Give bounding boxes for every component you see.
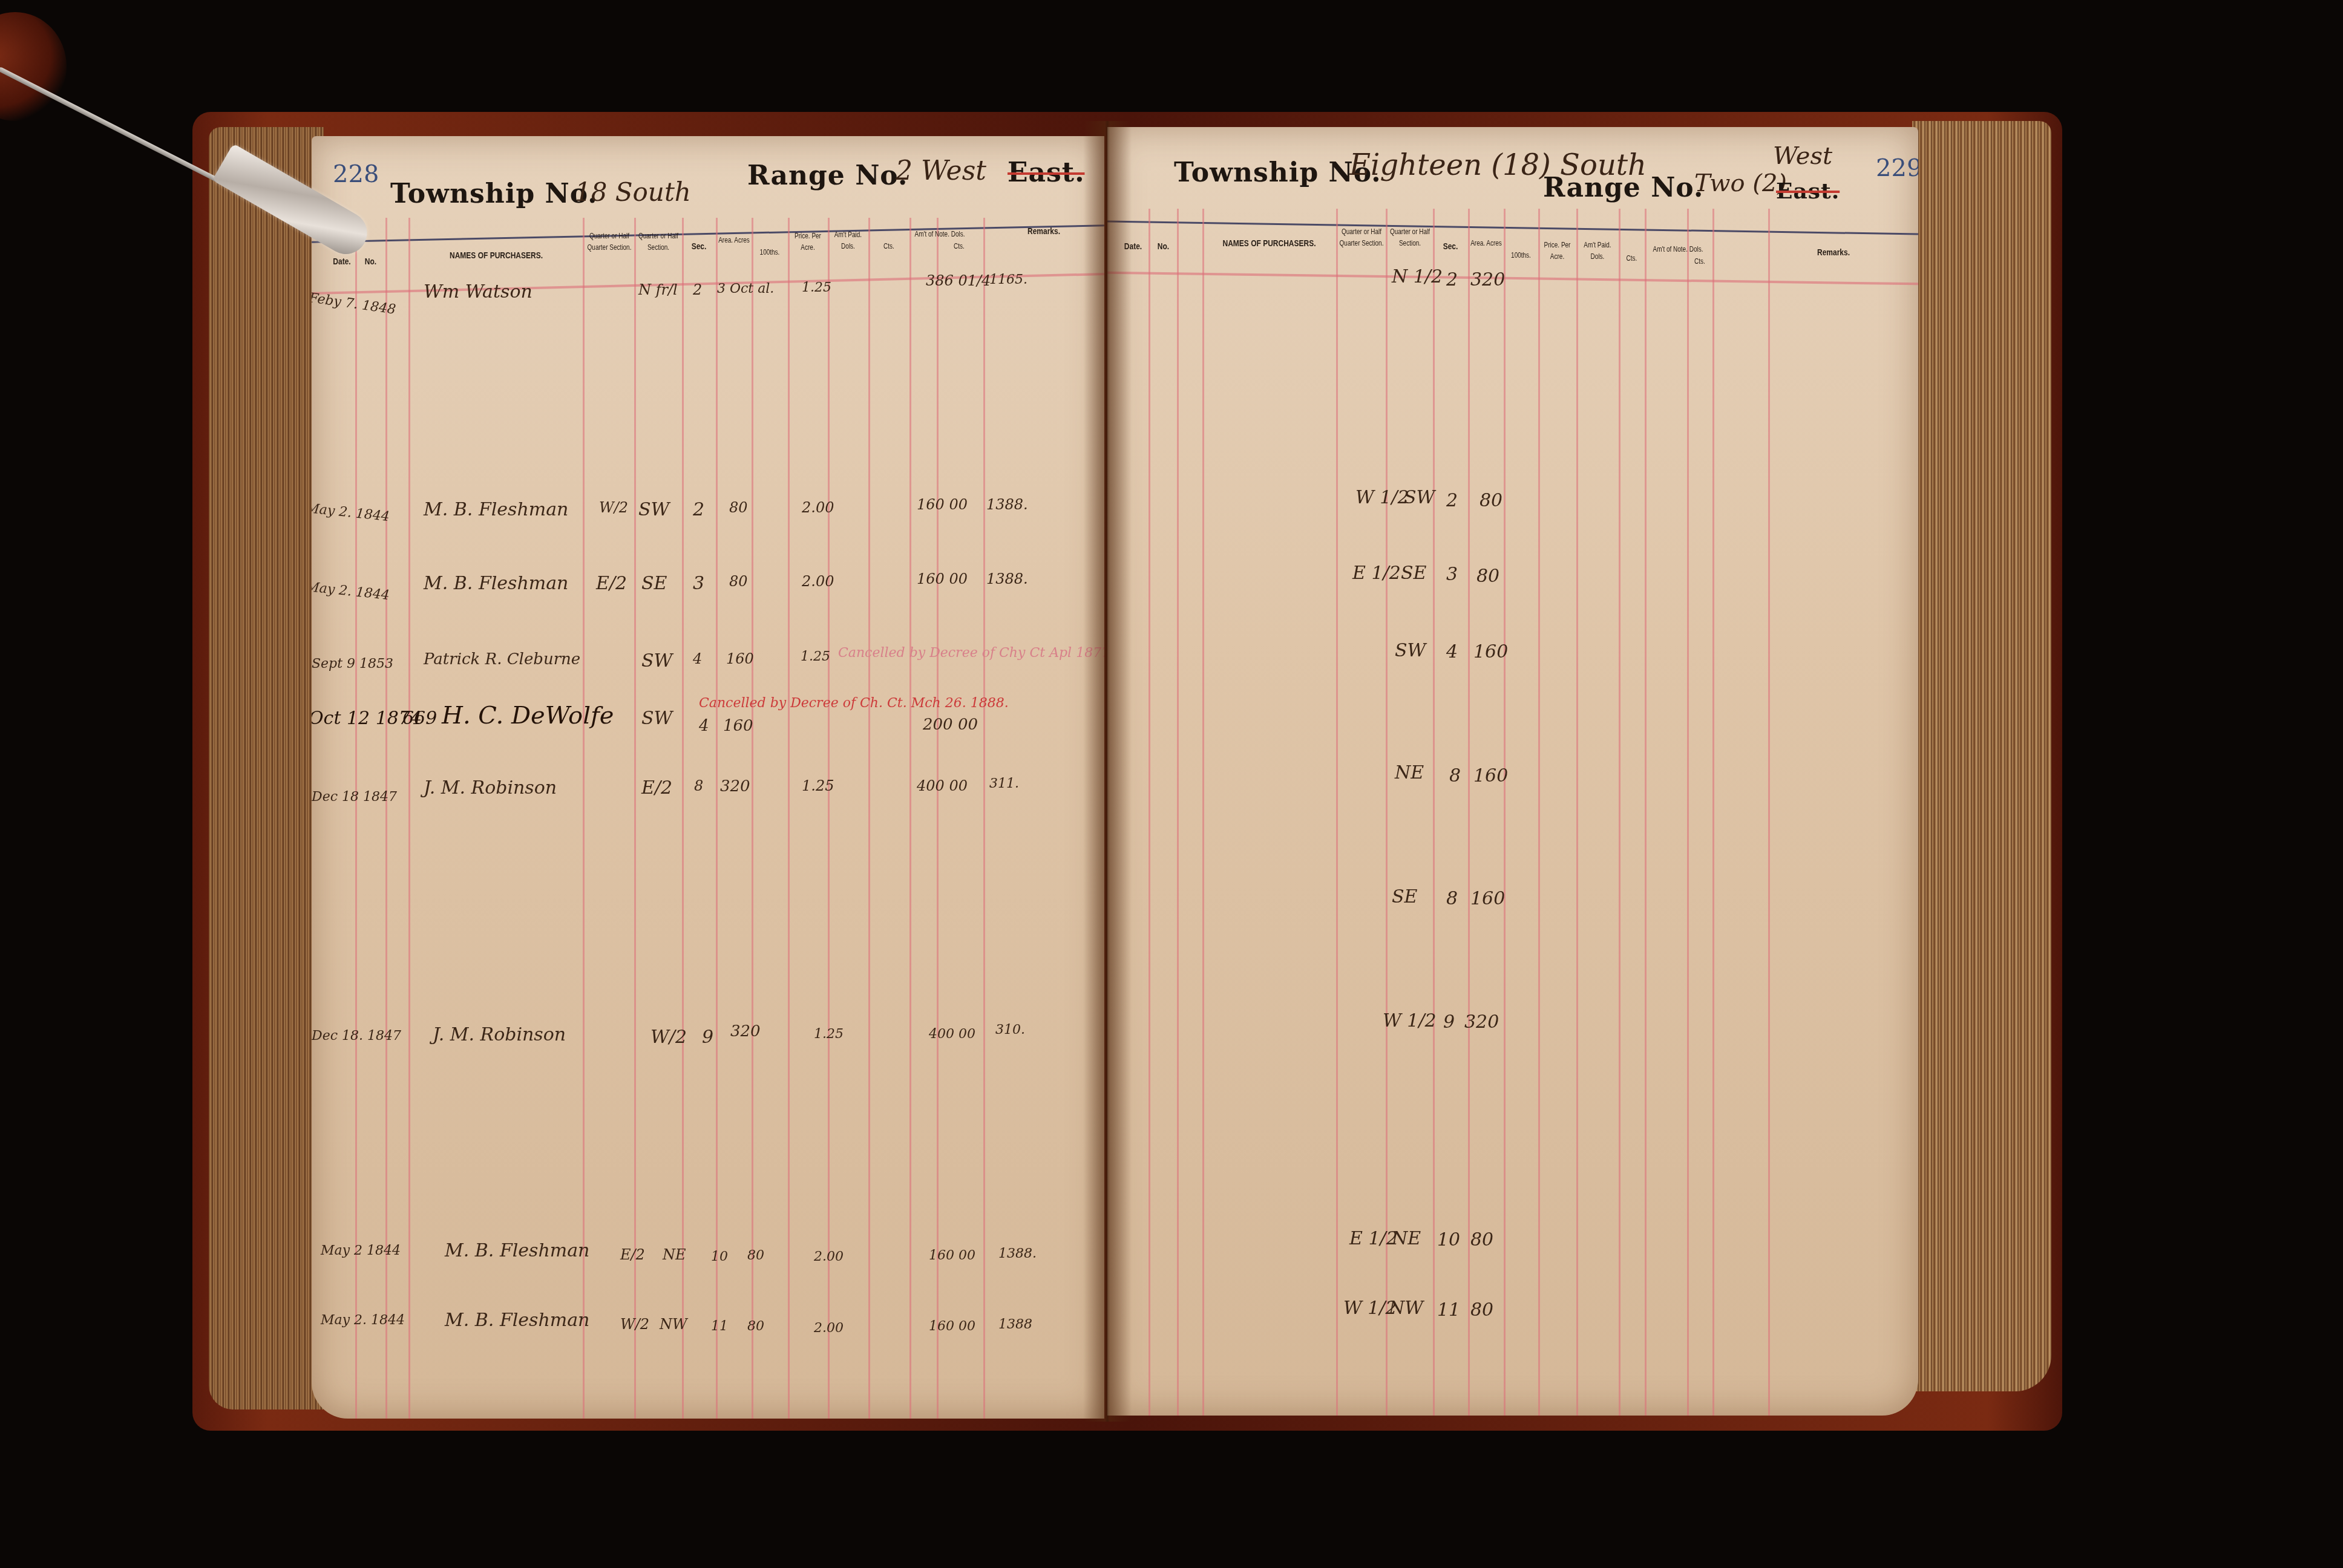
row-qh: NW [660,1316,687,1333]
row-qh: SE [1401,563,1426,584]
row-sec: 11 [1437,1299,1460,1321]
row-cert: 1165. [989,272,1027,287]
col-names: NAMES OF PURCHASERS. [411,250,581,261]
row-date: May 2. 1844 [321,1313,405,1328]
row-area: 320 [1464,1011,1499,1033]
row-price: 2.00 [802,573,834,590]
row-sec: 3 [1446,564,1458,585]
col-paid-dols: Am't Paid. Dols. [1576,240,1619,263]
row-qh: NE [1392,1228,1421,1249]
row-area: 320 [730,1022,761,1040]
row-price: 2.00 [814,1321,844,1336]
township-value: 18 South [575,177,691,207]
row-area: 3 Oct al. [717,281,774,296]
ruling [634,218,636,1419]
row-name: M. B. Fleshman [424,573,568,594]
row-sec: 4 [699,717,709,735]
range-label: Range No. [1543,172,1703,203]
row-qhq: W/2 [599,499,628,516]
row-area: 80 [747,1248,764,1263]
row-area: 320 [1470,269,1505,290]
row-date: May 2 1844 [321,1243,401,1258]
ruling [1538,209,1540,1416]
ruling [983,218,985,1419]
ruling [1768,209,1770,1416]
row-qhq: E 1/2 [1352,563,1401,584]
row-area: 160 [726,650,754,667]
row-no: 669 [402,708,437,729]
col-no: No. [357,256,384,267]
ruling [909,218,911,1419]
row-price: 1.25 [814,1027,844,1042]
row-amount: 200 00 [923,716,978,734]
cancellation-note: Cancelled by Decree of Ch. Ct. Mch 26. 1… [699,696,1009,711]
row-qh: SW [641,650,672,671]
row-sec: 10 [1437,1229,1460,1250]
page-number: 229 [1876,154,1918,182]
row-qh: E/2 [641,777,672,799]
col-note-dols: Am't of Note. Dols. [1645,244,1711,255]
ruling [1468,209,1470,1416]
col-names: NAMES OF PURCHASERS. [1204,238,1334,249]
ruling [408,218,410,1419]
ruling [752,218,753,1419]
row-amount: 160 00 [929,1319,975,1334]
col-no: No. [1150,241,1177,252]
ruling [1687,209,1689,1416]
row-price: 2.00 [814,1249,844,1264]
ruling [583,218,585,1419]
ruling [682,218,684,1419]
row-cert: 1388 [998,1317,1032,1332]
col-paid-dols: Am't Paid. Dols. [828,229,868,252]
row-price: 1.25 [802,280,831,295]
ruling [1712,209,1714,1416]
row-date: Sept 9 1853 [312,656,393,671]
row-qh: W/2 [650,1027,687,1048]
row-date: May 2. 1844 [312,501,390,524]
ruling [828,218,830,1419]
row-qhq: E 1/2 [1349,1228,1398,1249]
row-qhq: E/2 [620,1246,645,1263]
row-area: 80 [747,1319,764,1334]
col-area-100ths: 100ths. [1504,250,1538,261]
col-area-acres: Area. Acres [1468,238,1504,249]
page-number: 228 [333,160,379,188]
row-sec: 11 [711,1319,728,1334]
row-qh: SW [1395,640,1426,661]
col-qhq: Quarter or Half Quarter Section. [585,230,634,253]
row-qh: SW [641,708,672,729]
row-amount: 386 01/4 [926,272,991,289]
row-sec: 8 [694,777,703,794]
row-area: 160 [723,717,753,735]
page-edges-left [209,127,324,1410]
row-qh: N fr/l [638,281,678,298]
ruling [1336,209,1338,1416]
ruling [1645,209,1647,1416]
row-sec: 10 [711,1249,728,1264]
row-area: 80 [1480,490,1502,511]
ruling [1619,209,1620,1416]
col-price: Price. Per Acre. [788,230,828,253]
row-sec: 2 [1446,269,1458,290]
col-sec: Sec. [1433,241,1468,252]
row-price: 1.25 [802,777,834,794]
row-date: Dec 18. 1847 [312,1028,401,1044]
col-price: Price. Per Acre. [1538,240,1576,263]
range-label: Range No. [747,160,908,191]
row-area: 80 [1470,1229,1493,1250]
col-qh: Quarter or Half Section. [635,230,681,253]
row-area: 80 [1470,1299,1493,1321]
header-bottom-rule [1107,272,1918,286]
township-label: Township No. [390,178,598,209]
col-area-acres: Area. Acres [716,235,752,246]
row-area: 160 [1473,641,1508,662]
ruling [1177,209,1179,1416]
col-note-cts: Cts. [941,241,977,252]
row-amount: 400 00 [929,1027,975,1042]
row-name: H. C. DeWolfe [442,702,614,730]
row-name: M. B. Fleshman [445,1240,589,1261]
ruling [937,218,939,1419]
left-page: 228 Township No. 18 South Range No. 2 We… [312,136,1104,1419]
hand [0,12,67,121]
row-area: 160 [1470,888,1505,909]
row-area: 320 [720,777,750,795]
row-qh: SE [641,573,667,594]
row-area: 80 [1476,566,1499,587]
struck-direction: East. [1776,178,1840,204]
ruling [716,218,718,1419]
row-sec: 3 [693,573,704,594]
ruling [868,218,870,1419]
row-qh: N 1/2 [1392,266,1443,287]
row-cert: 1388. [986,570,1028,587]
right-page: Township No. Eighteen (18) South Range N… [1107,127,1918,1416]
ruling [1504,209,1506,1416]
row-cert: 1388. [986,496,1028,513]
row-cert: 1388. [998,1246,1037,1261]
ruling [385,218,387,1419]
row-qhq: W/2 [620,1316,649,1333]
cancellation-note: Cancelled by Decree of Chy Ct Apl 1877 [838,645,1104,661]
direction-written: West [1773,142,1832,170]
col-sec: Sec. [682,241,716,252]
row-cert: 311. [989,776,1019,791]
row-amount: 160 00 [917,570,968,587]
range-value: 2 West [896,155,986,186]
book-gutter [1083,121,1132,1422]
row-sec: 2 [693,499,704,520]
header-rule [1107,220,1918,235]
col-paid-cts: Cts. [1619,253,1645,264]
col-qh: Quarter or Half Section. [1387,226,1433,249]
row-amount: 400 00 [917,777,968,794]
row-sec: 4 [693,650,702,667]
col-remarks: Remarks. [1773,247,1894,258]
row-area: 160 [1473,765,1508,786]
col-remarks: Remarks. [1008,226,1080,237]
col-paid-cts: Cts. [868,241,909,252]
row-qh: NW [1389,1298,1423,1319]
row-price: 2.00 [802,499,834,516]
row-qh: NE [663,1246,686,1263]
row-name: Wm Watson [424,281,532,302]
row-date: May 2. 1844 [312,580,390,603]
row-date: Dec 18 1847 [312,789,397,805]
row-name: Patrick R. Cleburne [424,650,580,668]
row-name: M. B. Fleshman [424,499,568,520]
ruling [1576,209,1578,1416]
row-qh: SE [1392,886,1417,907]
ruling [788,218,790,1419]
row-qh: W 1/2 [1383,1010,1437,1031]
struck-direction: East. [1008,157,1084,188]
ruling [355,218,357,1419]
col-area-100ths: 100ths. [752,247,788,258]
col-note-cts: Cts. [1687,256,1712,267]
row-sec: 2 [1446,490,1458,511]
row-sec: 8 [1446,888,1458,909]
col-qhq: Quarter or Half Quarter Section. [1337,226,1386,249]
row-qh: NE [1395,762,1424,783]
row-amount: 160 00 [917,496,968,513]
col-date: Date. [327,256,357,267]
col-note-dols: Am't of Note. Dols. [909,229,970,240]
row-sec: 9 [1443,1011,1455,1033]
row-date: Feby 7. 1848 [312,290,397,318]
row-sec: 4 [1446,641,1458,662]
ruling [1149,209,1150,1416]
row-area: 80 [729,573,748,590]
row-price: 1.25 [801,649,830,664]
row-sec: 8 [1449,765,1461,786]
row-sec: 2 [693,281,702,298]
row-sec: 9 [702,1027,713,1048]
range-value: Two (2) [1694,169,1787,197]
row-name: M. B. Fleshman [445,1310,589,1331]
row-area: 80 [729,499,748,516]
ruling [1202,209,1204,1416]
row-qhq: E/2 [596,573,627,594]
page-edges-right [1912,121,2051,1391]
ruling [1433,209,1435,1416]
row-amount: 160 00 [929,1248,975,1263]
row-qhq: W 1/2 [1355,487,1409,508]
row-name: J. M. Robinson [433,1024,566,1045]
row-name: J. M. Robinson [424,777,557,799]
row-qh: SW [1404,487,1435,508]
row-cert: 310. [995,1022,1025,1037]
row-qh: SW [638,499,669,520]
